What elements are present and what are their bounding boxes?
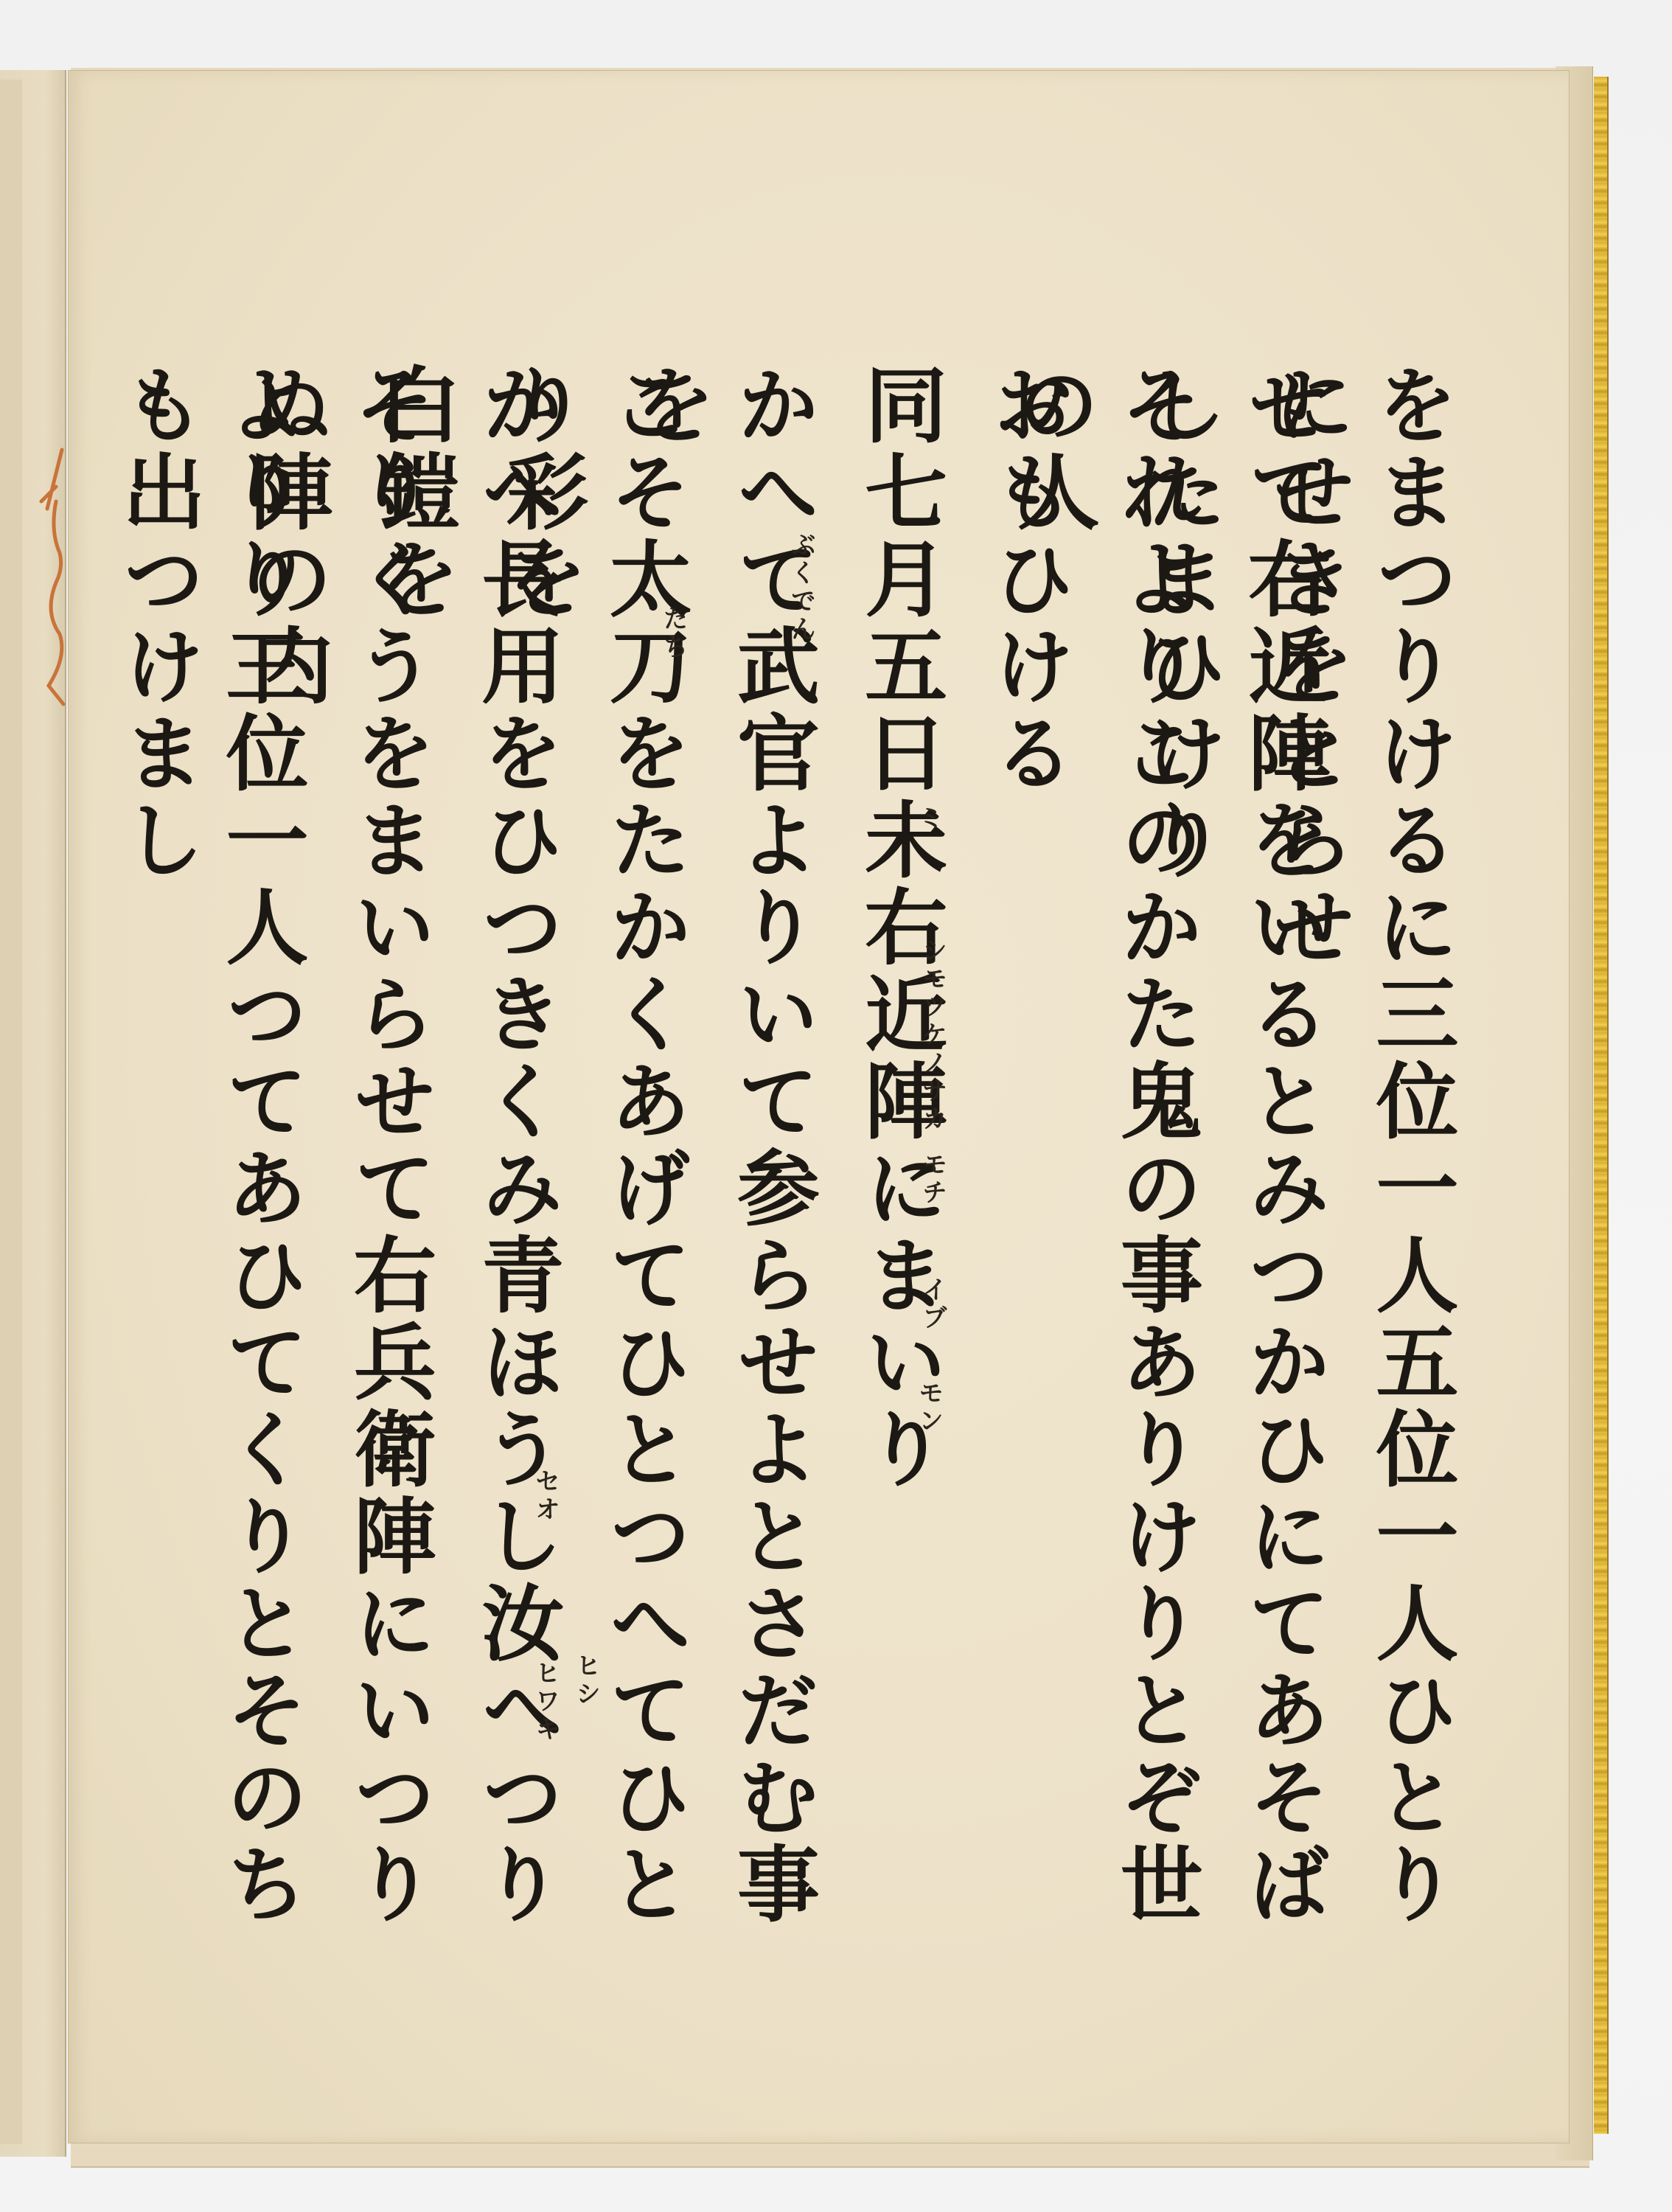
text-column-9: そりくうをまいらせて右兵衛陣にいつりぬ陣の内	[336, 362, 439, 1984]
text-column-8: かへ長用をひつきくみ青ほうし汝へつり白鎧を セオ ヒワキ ヒシ	[464, 362, 568, 1984]
ruby-annotation: ミ	[877, 804, 980, 832]
text-column-3: それよりこのかた鬼の事ありけりとぞ世の人	[1103, 362, 1206, 1984]
ruby-annotation: モチ	[881, 1151, 984, 1207]
text-column-4: おもひける	[975, 362, 1079, 1984]
text-column-1: をまつりけるに三位一人五位一人ひとりにせきをとらせ	[1359, 362, 1462, 1984]
ruby-annotation: イブ	[881, 1276, 984, 1332]
text-column-2: せて右近陣をいるとみつかひにてあそばしたまひけり	[1231, 362, 1334, 1984]
ruby-annotation: モン	[877, 1380, 980, 1436]
ruby-annotation: シモツケノサカ	[881, 937, 984, 1133]
text-column-7: こそ太刀をたかくあげてひとつへてひとり彩を たち	[592, 362, 695, 1984]
text-column-10: よりり三位一人つてあひてくりとそのちも出つけまし	[209, 362, 312, 1984]
text-block: をまつりけるに三位一人五位一人ひとりにせきをとらせ せて右近陣をいるとみつかひに…	[209, 362, 1462, 1984]
manuscript-page: をまつりけるに三位一人五位一人ひとりにせきをとらせ せて右近陣をいるとみつかひに…	[68, 70, 1570, 2143]
text-column-6: かへて武官よりいて参らせよとさだむ事を ぶくでん	[720, 362, 823, 1984]
ruby-annotation: ヒシ	[534, 1652, 638, 1708]
gilt-edge	[1594, 77, 1609, 2134]
ruby-annotation: たち	[621, 605, 725, 661]
left-page-edge	[0, 80, 22, 2144]
ruby-annotation: セオ	[494, 1468, 597, 1524]
text-column-5: 同七月五日未右近陣にまいり ミ シモツケノサカ モチ イブ モン	[848, 362, 951, 1984]
ruby-annotation: ぶくでん	[749, 532, 852, 644]
